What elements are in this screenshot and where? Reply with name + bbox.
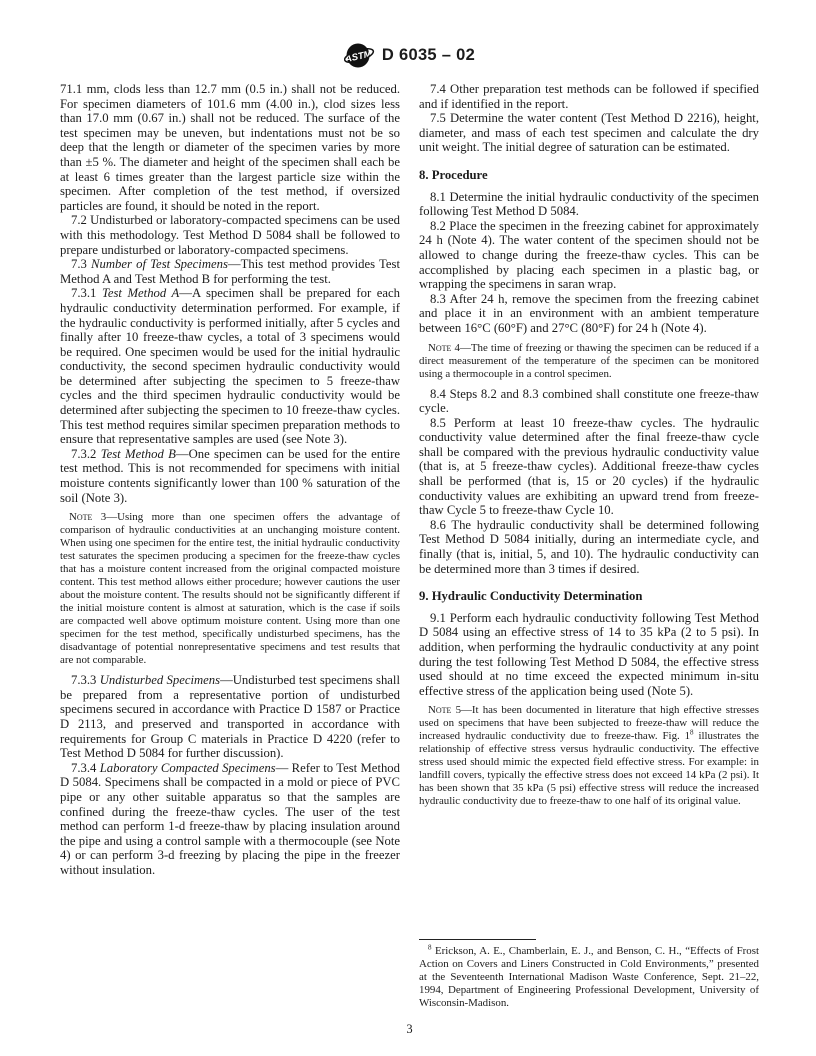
text-segment: 7.3.3 xyxy=(71,673,100,687)
body-paragraph: 7.4 Other preparation test methods can b… xyxy=(419,82,759,111)
text-segment: 7.2 Undisturbed or laboratory-compacted … xyxy=(60,213,400,256)
body-paragraph: 9.1 Perform each hydraulic conductivity … xyxy=(419,611,759,699)
body-paragraph: 8.2 Place the specimen in the freezing c… xyxy=(419,219,759,292)
text-segment: 8.2 Place the specimen in the freezing c… xyxy=(419,219,759,291)
text-segment: 7.4 Other preparation test methods can b… xyxy=(419,82,759,111)
body-paragraph: 7.3.3 Undisturbed Specimens—Undisturbed … xyxy=(60,673,400,761)
text-segment: Erickson, A. E., Chamberlain, E. J., and… xyxy=(419,945,759,1009)
document-body: 71.1 mm, clods less than 12.7 mm (0.5 in… xyxy=(60,82,759,1010)
text-segment: 8.4 Steps 8.2 and 8.3 combined shall con… xyxy=(419,387,759,416)
body-paragraph: 71.1 mm, clods less than 12.7 mm (0.5 in… xyxy=(60,82,400,213)
body-paragraph: 7.5 Determine the water content (Test Me… xyxy=(419,111,759,155)
text-segment: 7.5 Determine the water content (Test Me… xyxy=(419,111,759,154)
text-segment: 7.3.1 xyxy=(71,286,102,300)
text-segment: Note 3— xyxy=(69,511,117,523)
body-paragraph: 7.3.4 Laboratory Compacted Specimens— Re… xyxy=(60,761,400,878)
text-segment: 9.1 Perform each hydraulic conductivity … xyxy=(419,611,759,698)
body-paragraph: 8.4 Steps 8.2 and 8.3 combined shall con… xyxy=(419,387,759,416)
text-segment: 7.3.4 xyxy=(71,761,100,775)
text-segment: 71.1 mm, clods less than 12.7 mm (0.5 in… xyxy=(60,82,400,213)
text-segment: Undisturbed Specimens xyxy=(100,673,220,687)
text-segment: 7.3.2 xyxy=(71,447,101,461)
text-segment: 8.3 After 24 h, remove the specimen from… xyxy=(419,292,759,335)
text-segment: Laboratory Compacted Specimens xyxy=(100,761,276,775)
text-segment: Number of Test Specimens xyxy=(91,257,228,271)
section-heading: 8. Procedure xyxy=(419,168,759,183)
page-number: 3 xyxy=(406,1022,412,1037)
text-segment: 8.1 Determine the initial hydraulic cond… xyxy=(419,190,759,219)
text-segment: —A specimen shall be prepared for each h… xyxy=(60,286,400,446)
left-column: 71.1 mm, clods less than 12.7 mm (0.5 in… xyxy=(60,82,400,1010)
right-column: 7.4 Other preparation test methods can b… xyxy=(419,82,759,1010)
page-header: ASTM D 6035 – 02 xyxy=(60,42,759,69)
text-segment: Test Method B xyxy=(101,447,176,461)
text-segment: Test Method A xyxy=(102,286,179,300)
section-heading: 9. Hydraulic Conductivity Determination xyxy=(419,589,759,604)
body-paragraph: 8.5 Perform at least 10 freeze-thaw cycl… xyxy=(419,416,759,518)
body-paragraph: 8.3 After 24 h, remove the specimen from… xyxy=(419,292,759,336)
doc-code: D 6035 – 02 xyxy=(382,46,475,65)
astm-logo-icon: ASTM xyxy=(344,42,375,69)
body-paragraph: 7.3.1 Test Method A—A specimen shall be … xyxy=(60,286,400,447)
footnote-text: 8 Erickson, A. E., Chamberlain, E. J., a… xyxy=(419,945,759,1010)
text-segment: Note 5— xyxy=(428,704,472,716)
text-segment: Using more than one specimen offers the … xyxy=(60,511,400,666)
text-segment: 9. Hydraulic Conductivity Determination xyxy=(419,589,642,603)
text-segment: 8.5 Perform at least 10 freeze-thaw cycl… xyxy=(419,416,759,518)
note-paragraph: Note 5—It has been documented in literat… xyxy=(419,704,759,808)
text-segment: The time of freezing or thawing the spec… xyxy=(419,342,759,380)
body-paragraph: 7.3.2 Test Method B—One specimen can be … xyxy=(60,447,400,505)
text-segment: 8.6 The hydraulic conductivity shall be … xyxy=(419,518,759,576)
text-segment: — Refer to Test Method D 5084. Specimens… xyxy=(60,761,400,877)
document-page: ASTM D 6035 – 02 71.1 mm, clods less tha… xyxy=(0,0,816,1056)
body-paragraph: 7.3 Number of Test Specimens—This test m… xyxy=(60,257,400,286)
page-footer: 3 xyxy=(60,1010,759,1056)
body-paragraph: 8.6 The hydraulic conductivity shall be … xyxy=(419,518,759,576)
text-segment: 7.3 xyxy=(71,257,91,271)
body-paragraph: 7.2 Undisturbed or laboratory-compacted … xyxy=(60,213,400,257)
body-paragraph: 8.1 Determine the initial hydraulic cond… xyxy=(419,190,759,219)
footnote-divider xyxy=(419,939,536,940)
text-segment: 8. Procedure xyxy=(419,168,488,182)
note-paragraph: Note 4—The time of freezing or thawing t… xyxy=(419,342,759,381)
text-segment: Note 4— xyxy=(428,342,471,354)
note-paragraph: Note 3—Using more than one specimen offe… xyxy=(60,511,400,667)
